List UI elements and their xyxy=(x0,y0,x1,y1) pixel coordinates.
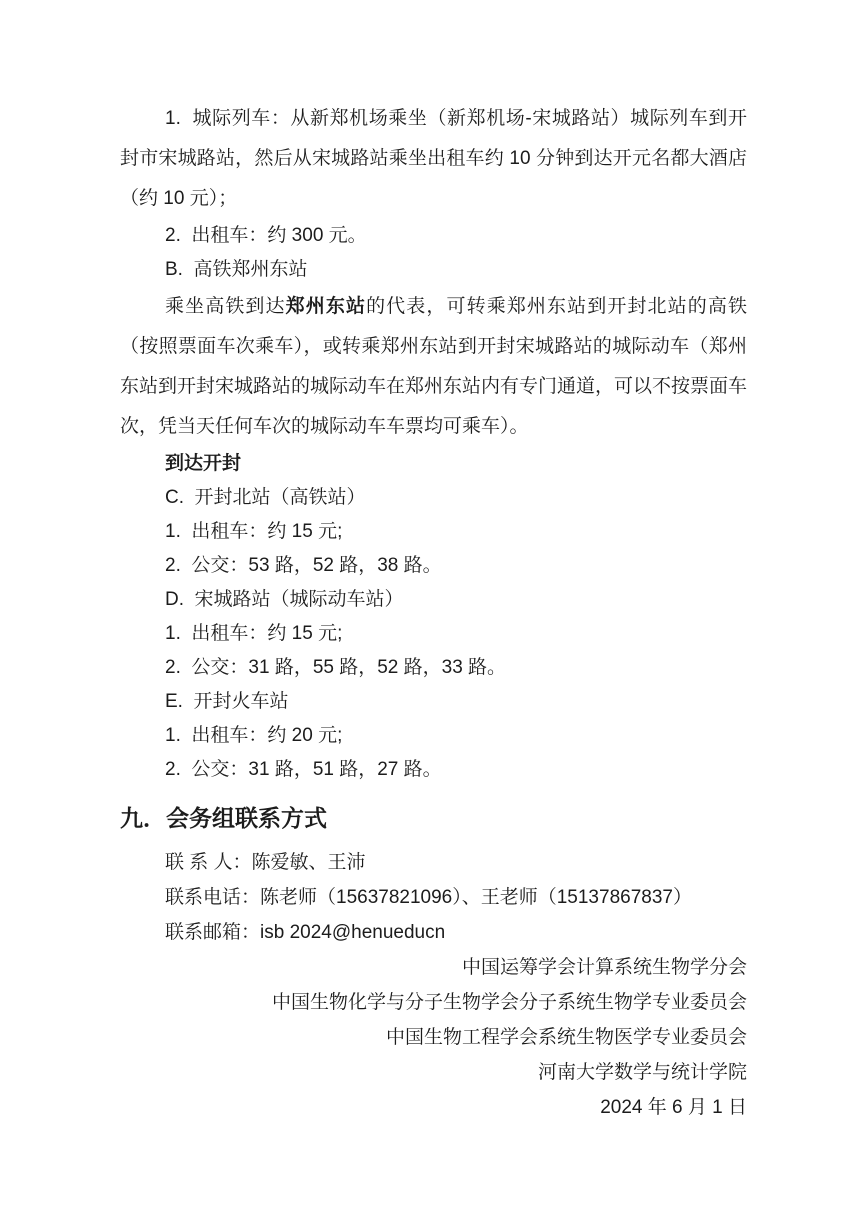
contact-person-line: 联 系 人：陈爱敏、王沛 xyxy=(120,845,747,880)
list-item-e-taxi: 1. 出租车：约 20 元; xyxy=(120,719,747,753)
signature-org-2: 中国生物化学与分子生物学会分子系统生物学专业委员会 xyxy=(120,985,747,1020)
list-item-d-taxi: 1. 出租车：约 15 元; xyxy=(120,617,747,651)
contact-email-line: 联系邮箱：isb 2024@henueducn xyxy=(120,915,747,950)
list-item-b-zhengzhou-east: B. 高铁郑州东站 xyxy=(120,253,747,287)
para-b-prefix: 乘坐高铁到达 xyxy=(165,296,286,317)
section-heading-contact: 九．会务组联系方式 xyxy=(120,801,747,835)
paragraph-intercity-train: 1. 城际列车：从新郑机场乘坐（新郑机场-宋城路站）城际列车到开封市宋城路站，然… xyxy=(120,99,747,219)
document-page: 1. 城际列车：从新郑机场乘坐（新郑机场-宋城路站）城际列车到开封市宋城路站，然… xyxy=(0,0,864,1222)
list-item-e-kaifeng-railway: E. 开封火车站 xyxy=(120,685,747,719)
signature-org-4: 河南大学数学与统计学院 xyxy=(120,1055,747,1090)
arrive-kaifeng-heading: 到达开封 xyxy=(120,447,747,481)
para-b-bold-station-name: 郑州东站 xyxy=(286,296,366,317)
list-item-d-bus: 2. 公交：31 路，55 路，52 路，33 路。 xyxy=(120,651,747,685)
signature-block: 中国运筹学会计算系统生物学分会 中国生物化学与分子生物学会分子系统生物学专业委员… xyxy=(120,950,747,1125)
para-b-suffix: 的代表，可转乘郑州东站到开封北站的高铁（按照票面车次乘车），或转乘郑州东站到开封… xyxy=(120,296,747,437)
list-item-d-songchenglu: D. 宋城路站（城际动车站） xyxy=(120,583,747,617)
list-item-airport-taxi: 2. 出租车：约 300 元。 xyxy=(120,219,747,253)
list-item-c-kaifeng-north: C. 开封北站（高铁站） xyxy=(120,481,747,515)
signature-org-3: 中国生物工程学会系统生物医学专业委员会 xyxy=(120,1020,747,1055)
contact-phone-line: 联系电话：陈老师（15637821096）、王老师（15137867837） xyxy=(120,880,747,915)
list-item-c-taxi: 1. 出租车：约 15 元; xyxy=(120,515,747,549)
signature-org-1: 中国运筹学会计算系统生物学分会 xyxy=(120,950,747,985)
paragraph-zhengzhou-east-transfer: 乘坐高铁到达郑州东站的代表，可转乘郑州东站到开封北站的高铁（按照票面车次乘车），… xyxy=(120,287,747,447)
list-item-c-bus: 2. 公交：53 路，52 路，38 路。 xyxy=(120,549,747,583)
signature-date: 2024 年 6 月 1 日 xyxy=(120,1090,747,1125)
list-item-e-bus: 2. 公交：31 路，51 路，27 路。 xyxy=(120,753,747,787)
